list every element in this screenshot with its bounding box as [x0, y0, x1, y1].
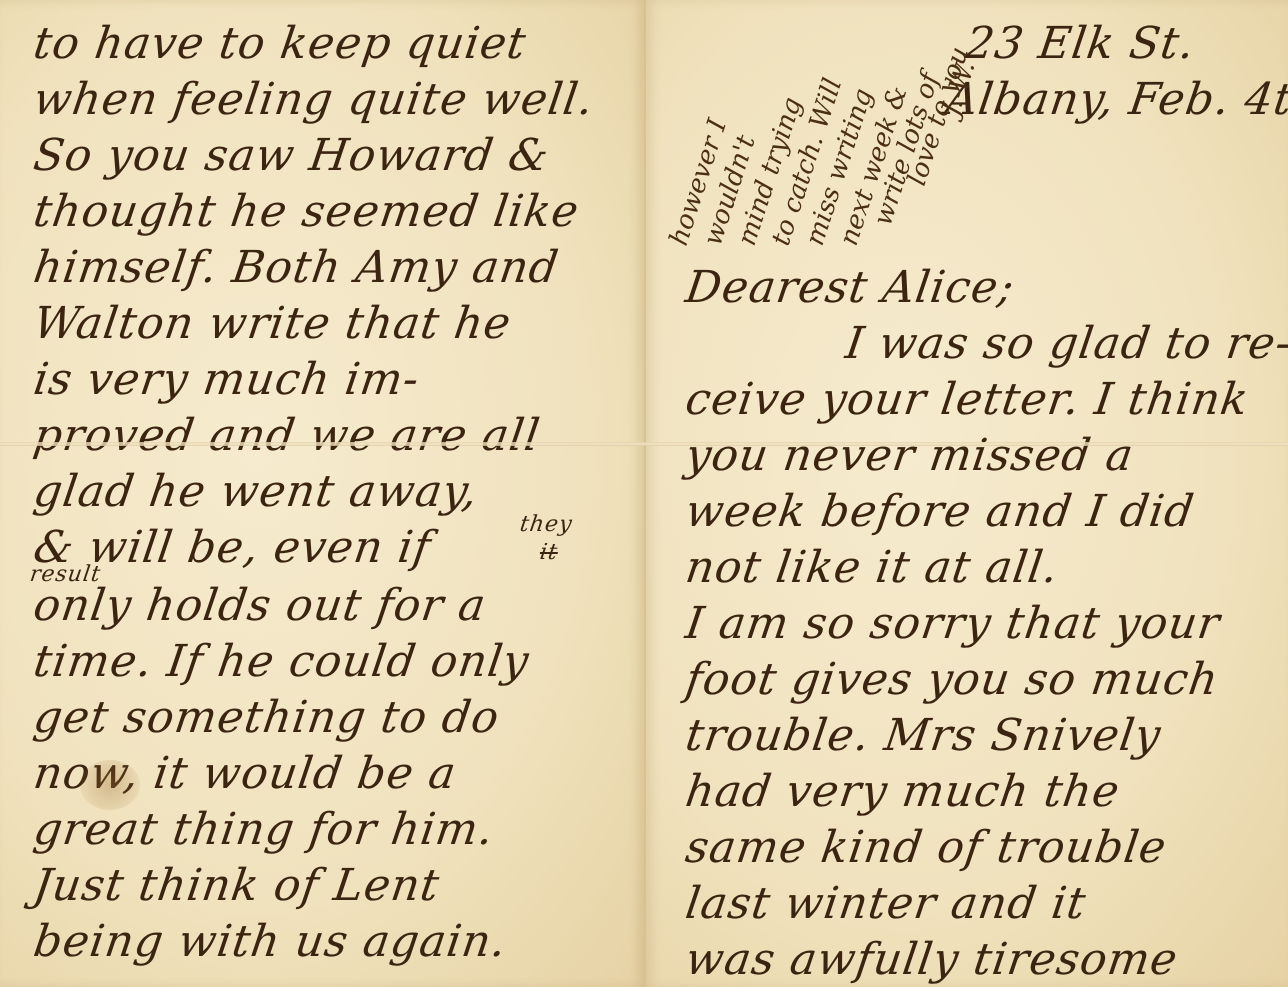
letter-line: foot gives you so much — [682, 654, 1222, 705]
letter-line: ceive your letter. I think — [682, 374, 1252, 425]
letter-left-page: to have to keep quiet when feeling quite… — [0, 0, 646, 987]
ink-stain — [80, 760, 140, 810]
letter-line: not like it at all. — [682, 542, 1062, 593]
letter-right-page: 23 Elk St. Albany, Feb. 4th Dearest Alic… — [646, 0, 1288, 987]
letter-line: same kind of trouble — [682, 822, 1170, 873]
letter-line: So you saw Howard & — [30, 130, 552, 181]
struck-word: it — [538, 540, 559, 565]
letter-line: I am so sorry that your — [682, 598, 1223, 649]
letter-line: was awfully tiresome — [682, 934, 1181, 985]
letter-line: being with us again. — [30, 916, 510, 967]
address-street: 23 Elk St. — [962, 18, 1198, 69]
address-date: Albany, Feb. 4th — [942, 74, 1288, 125]
letter-line: get something to do — [30, 692, 502, 743]
letter-line: I was so glad to re- — [842, 318, 1288, 369]
letter-line: last winter and it — [682, 878, 1089, 929]
letter-line: you never missed a — [682, 430, 1137, 481]
letter-line: is very much im- — [30, 354, 422, 405]
insertion-above: they — [518, 512, 574, 537]
paper-fold — [0, 442, 1288, 446]
letter-line: had very much the — [682, 766, 1123, 817]
salutation: Dearest Alice; — [682, 262, 1017, 313]
letter-line: trouble. Mrs Snively — [682, 710, 1164, 761]
letter-line: himself. Both Amy and — [30, 242, 562, 293]
letter-line: only holds out for a — [30, 580, 489, 631]
letter-line: Just think of Lent — [30, 860, 443, 911]
letter-line: time. If he could only — [30, 636, 532, 687]
letter-line: thought he seemed like — [30, 186, 582, 237]
letter-line: proved and we are all — [30, 410, 543, 461]
letter-line: to have to keep quiet — [30, 18, 529, 69]
letter-line: Walton write that he — [30, 298, 514, 349]
letter-line: when feeling quite well. — [30, 74, 597, 125]
letter-line: glad he went away, — [30, 466, 481, 517]
letter-line: week before and I did — [682, 486, 1197, 537]
letter-line: great thing for him. — [30, 804, 497, 855]
